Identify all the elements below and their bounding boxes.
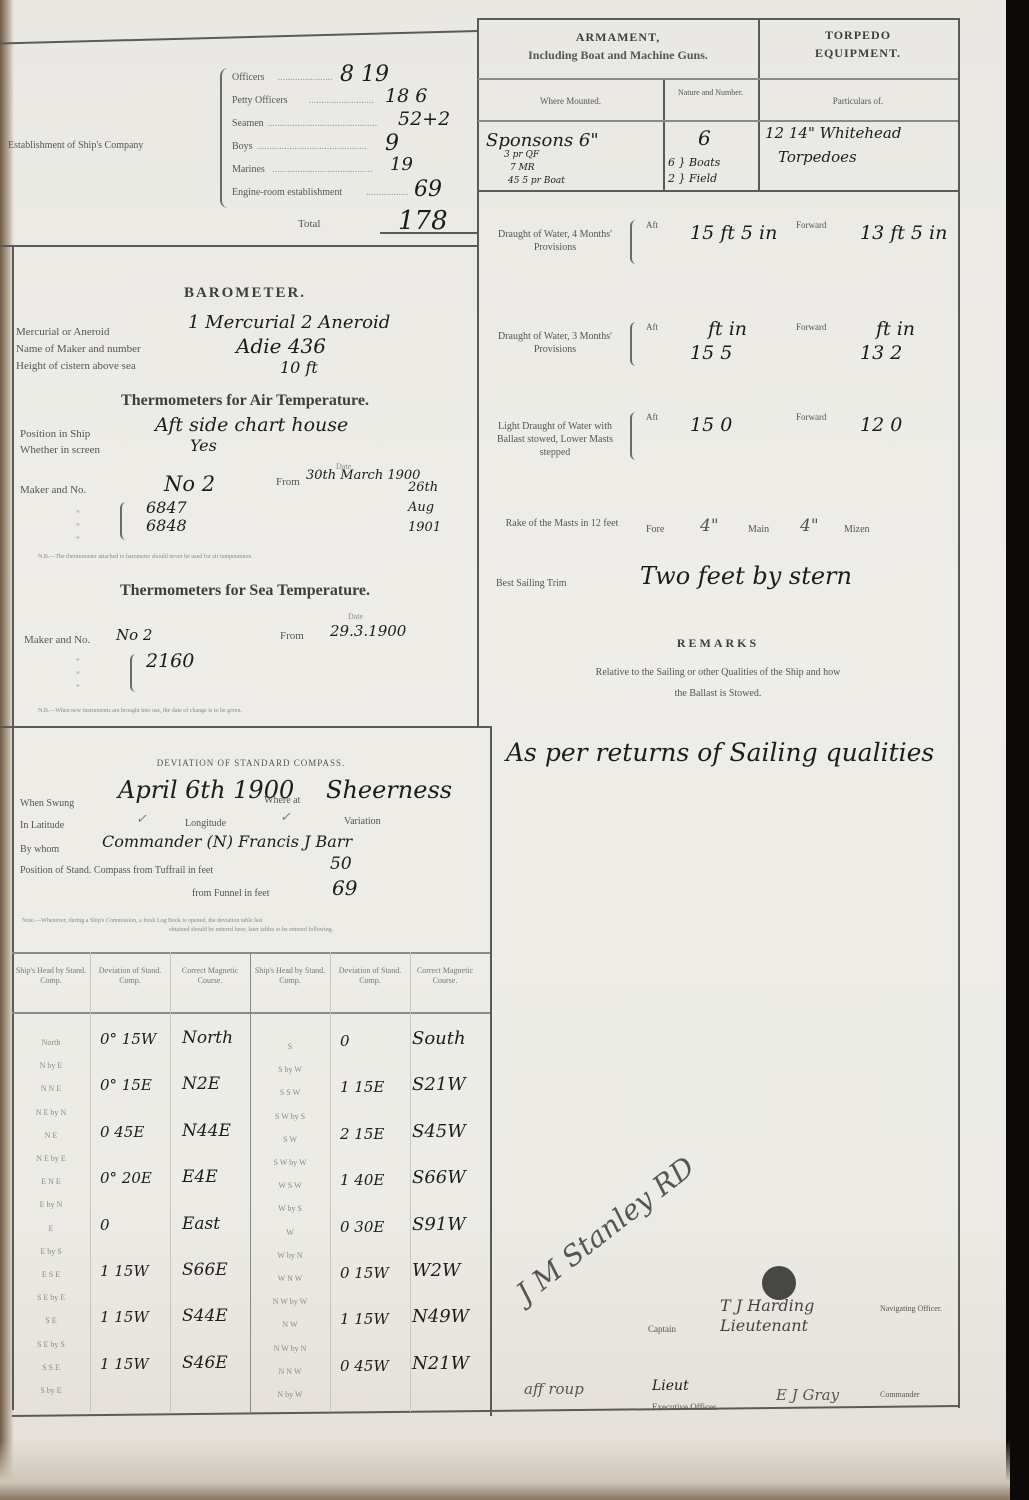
where-line-1: Sponsons 6" bbox=[486, 130, 599, 151]
aft-label: Aft bbox=[646, 412, 658, 422]
aft-value: 15 5 bbox=[690, 342, 732, 364]
leader-dots: ........................................… bbox=[257, 141, 367, 152]
leader-dots: ........................................ bbox=[272, 164, 372, 175]
right-ships-head: N by W bbox=[250, 1390, 330, 1399]
company-row-value: 9 bbox=[385, 131, 399, 156]
aft-value: 15 0 bbox=[690, 414, 732, 436]
top-border-right bbox=[478, 18, 960, 20]
draught-label: Draught of Water, 4 Months' Provisions bbox=[484, 228, 626, 254]
right-deviation: 2 15E bbox=[340, 1125, 384, 1143]
exec-signature-2: E J Gray bbox=[776, 1386, 839, 1404]
sea-number-1: 2160 bbox=[146, 650, 194, 672]
deviation-col-divider bbox=[330, 952, 331, 1412]
draught-brace bbox=[630, 322, 636, 366]
left-deviation: 0 45E bbox=[100, 1123, 144, 1141]
left-correct-course: N2E bbox=[182, 1074, 220, 1094]
right-deviation: 0 bbox=[340, 1032, 350, 1050]
compass-note-1: Note.—Whenever, during a Ship's Commissi… bbox=[22, 918, 262, 924]
deviation-col-header: Deviation of Stand. Comp. bbox=[90, 966, 170, 986]
sea-from-label: From bbox=[280, 630, 304, 642]
right-ships-head: S S W bbox=[250, 1088, 330, 1097]
longitude-check: ✓ bbox=[280, 810, 291, 825]
forward-label: Forward bbox=[796, 412, 827, 422]
navigating-signature: T J Harding Lieutenant bbox=[720, 1296, 870, 1336]
baro-value-2: Adie 436 bbox=[236, 334, 326, 358]
deviation-col-divider bbox=[90, 952, 91, 1412]
leader-dots: .......................... bbox=[309, 95, 374, 106]
leader-dots: ................. bbox=[366, 187, 409, 198]
dev-header-line bbox=[12, 1012, 490, 1014]
air-number-1: 6847 bbox=[146, 498, 187, 517]
company-row-value: 19 bbox=[390, 154, 413, 175]
aft-units: ft in bbox=[708, 318, 747, 340]
tuffrail-label: Position of Stand. Compass from Tuffrail… bbox=[20, 865, 213, 876]
deviation-col-header: Ship's Head by Stand. Comp. bbox=[250, 966, 330, 986]
left-ships-head: N E by E bbox=[12, 1154, 90, 1163]
captain-label: Captain bbox=[648, 1324, 676, 1334]
air-from-label: From bbox=[276, 476, 300, 488]
position-label: Position in Ship bbox=[20, 428, 90, 440]
remarks-subtitle-1: Relative to the Sailing or other Qualiti… bbox=[478, 667, 958, 678]
ships-company-label: Establishment of Ship's Company bbox=[8, 140, 143, 151]
left-ships-head: N E by N bbox=[12, 1108, 90, 1117]
deviation-col-header: Correct Magnetic Course. bbox=[170, 966, 250, 986]
where-line-2: 3 pr QF bbox=[504, 150, 539, 160]
trim-value: Two feet by stern bbox=[640, 562, 852, 590]
company-row-value: 8 19 bbox=[340, 62, 389, 87]
exec-signature: Lieut bbox=[652, 1378, 689, 1394]
right-ships-head: W by S bbox=[250, 1204, 330, 1213]
exec-label: Executive Officer. bbox=[652, 1402, 718, 1412]
arm-subheader-line bbox=[478, 120, 958, 122]
baro-value-1: 1 Mercurial 2 Aneroid bbox=[188, 312, 390, 333]
main-label: Main bbox=[748, 524, 769, 535]
company-row-label: Seamen bbox=[232, 118, 264, 129]
variation-label: Variation bbox=[344, 816, 381, 827]
torpedo-title: TORPEDO bbox=[758, 28, 958, 43]
armament-title: ARMAMENT, bbox=[478, 30, 758, 45]
left-correct-course: N44E bbox=[182, 1121, 231, 1141]
left-deviation: 1 15W bbox=[100, 1262, 149, 1280]
right-deviation: 1 15E bbox=[340, 1078, 384, 1096]
position-value: Aft side chart house bbox=[155, 414, 348, 436]
left-border bbox=[12, 245, 14, 1410]
right-correct-course: S45W bbox=[412, 1121, 466, 1142]
forward-value: 13 2 bbox=[860, 342, 902, 364]
left-ships-head: S by E bbox=[12, 1386, 90, 1395]
company-row-value: 18 6 bbox=[385, 85, 427, 107]
page-bottom-shadow bbox=[0, 1440, 1010, 1500]
right-ships-head: N W by N bbox=[250, 1344, 330, 1353]
where-line-3: 7 MR bbox=[510, 163, 535, 173]
arm-header-line bbox=[478, 78, 958, 80]
forward-label: Forward bbox=[796, 220, 827, 230]
right-correct-course: N49W bbox=[412, 1306, 469, 1327]
aft-value: 15 ft 5 in bbox=[690, 222, 777, 244]
company-brace bbox=[220, 68, 228, 208]
remarks-value: As per returns of Sailing qualities bbox=[506, 738, 934, 767]
forward-value: 13 ft 5 in bbox=[860, 222, 947, 244]
sea-maker-label: Maker and No. bbox=[24, 634, 90, 646]
barometer-title: BAROMETER. bbox=[12, 285, 478, 302]
company-row-value: 52+2 bbox=[398, 108, 450, 130]
compass-note-2: obtained should be entered here; later t… bbox=[12, 927, 490, 933]
left-correct-course: S66E bbox=[182, 1260, 228, 1280]
right-ships-head: S by W bbox=[250, 1065, 330, 1074]
left-ships-head: N by E bbox=[12, 1061, 90, 1070]
tuffrail-value: 50 bbox=[330, 854, 352, 874]
company-row-value: 69 bbox=[414, 177, 442, 202]
right-ships-head: N W by W bbox=[250, 1297, 330, 1306]
book-edge bbox=[1006, 0, 1029, 1500]
funnel-value: 69 bbox=[332, 876, 357, 900]
air-maker-label: Maker and No. bbox=[20, 484, 86, 496]
right-deviation: 1 15W bbox=[340, 1310, 389, 1328]
torpedo-title-2: EQUIPMENT. bbox=[758, 46, 958, 61]
divider-center-lower bbox=[490, 726, 492, 1416]
aft-label: Aft bbox=[646, 220, 658, 230]
company-row-label: Officers bbox=[232, 72, 265, 83]
right-ships-head: W N W bbox=[250, 1274, 330, 1283]
left-deviation: 0° 20E bbox=[100, 1169, 152, 1187]
company-bottom-line bbox=[0, 245, 478, 247]
leader-dots: ........................................… bbox=[267, 118, 377, 129]
right-deviation: 1 40E bbox=[340, 1171, 384, 1189]
left-ships-head: E S E bbox=[12, 1270, 90, 1279]
company-row-label: Petty Officers bbox=[232, 95, 288, 106]
sea-from-value: 29.3.1900 bbox=[330, 622, 406, 640]
arm-bottom-line bbox=[478, 190, 958, 192]
torpedo-line-1: 12 14" Whitehead bbox=[765, 124, 901, 142]
where-line-4: 45 5 pr Boat bbox=[508, 176, 565, 186]
company-row-label: Marines bbox=[232, 164, 265, 175]
total-value: 178 bbox=[398, 206, 448, 236]
trim-label: Best Sailing Trim bbox=[496, 578, 567, 589]
rake-label: Rake of the Masts in 12 feet bbox=[494, 517, 630, 530]
right-ships-head: S W by S bbox=[250, 1112, 330, 1121]
col-particulars: Particulars of. bbox=[758, 96, 958, 106]
nature-line-3: 2 } Field bbox=[668, 172, 717, 185]
divider-center-upper bbox=[477, 18, 479, 728]
right-correct-course: S21W bbox=[412, 1074, 466, 1095]
deviation-col-divider bbox=[410, 952, 411, 1412]
right-ships-head: S W by W bbox=[250, 1158, 330, 1167]
armament-subtitle: Including Boat and Machine Guns. bbox=[478, 48, 758, 63]
leader-dots: ...................... bbox=[278, 72, 333, 83]
longitude-label: Longitude bbox=[185, 818, 226, 829]
ink-blot bbox=[762, 1266, 796, 1300]
by-whom-value: Commander (N) Francis J Barr bbox=[102, 832, 352, 851]
draught-brace bbox=[630, 412, 636, 460]
sea-ditto-marks: """ bbox=[76, 656, 80, 695]
left-ships-head: S S E bbox=[12, 1363, 90, 1372]
by-whom-label: By whom bbox=[20, 844, 59, 855]
right-ships-head: W by N bbox=[250, 1251, 330, 1260]
left-deviation: 0 bbox=[100, 1216, 110, 1234]
latitude-label: In Latitude bbox=[20, 820, 64, 831]
left-ships-head: S E bbox=[12, 1316, 90, 1325]
aft-label: Aft bbox=[646, 322, 658, 332]
air-num-brace bbox=[120, 502, 126, 540]
when-label: When Swung bbox=[20, 798, 74, 809]
right-deviation: 0 45W bbox=[340, 1357, 389, 1375]
left-ships-head: E N E bbox=[12, 1177, 90, 1186]
left-correct-course: S46E bbox=[182, 1353, 228, 1373]
air-from-value: 30th March 1900 bbox=[306, 468, 420, 483]
right-correct-course: South bbox=[412, 1028, 466, 1049]
left-deviation: 0° 15W bbox=[100, 1030, 156, 1048]
left-ships-head: E by N bbox=[12, 1200, 90, 1209]
sea-date-label: Date bbox=[348, 612, 363, 621]
right-ships-head: W S W bbox=[250, 1181, 330, 1190]
remarks-subtitle-2: the Ballast is Stowed. bbox=[478, 688, 958, 699]
total-label: Total bbox=[298, 218, 320, 230]
baro-label-1: Mercurial or Aneroid bbox=[16, 326, 109, 338]
right-ships-head: N W bbox=[250, 1320, 330, 1329]
screen-value: Yes bbox=[190, 436, 217, 455]
right-border bbox=[958, 18, 960, 1408]
torpedo-line-2: Torpedoes bbox=[778, 148, 857, 166]
right-correct-course: W2W bbox=[412, 1260, 460, 1281]
thermo-bottom-line bbox=[0, 726, 490, 728]
right-ships-head: S bbox=[250, 1042, 330, 1051]
left-ships-head: S E by E bbox=[12, 1293, 90, 1302]
col-where-mounted: Where Mounted. bbox=[478, 96, 663, 106]
right-correct-course: S66W bbox=[412, 1167, 466, 1188]
exec-signature-scrawl: aff roup bbox=[524, 1380, 584, 1398]
company-row-label: Engine-room establishment bbox=[232, 187, 342, 198]
baro-label-3: Height of cistern above sea bbox=[16, 360, 136, 372]
commander-label: Commander bbox=[880, 1390, 920, 1399]
forward-label: Forward bbox=[796, 322, 827, 332]
where-value: Sheerness bbox=[326, 776, 452, 804]
draught-label: Draught of Water, 3 Months' Provisions bbox=[484, 330, 626, 356]
latitude-check: ✓ bbox=[136, 812, 147, 827]
left-ships-head: E bbox=[12, 1224, 90, 1233]
right-correct-course: N21W bbox=[412, 1353, 469, 1374]
remarks-title: REMARKS bbox=[478, 636, 958, 651]
navigating-label: Navigating Officer. bbox=[880, 1304, 950, 1313]
draught-brace bbox=[630, 220, 636, 264]
compass-title: DEVIATION OF STANDARD COMPASS. bbox=[12, 758, 490, 768]
col-nature-number: Nature and Number. bbox=[663, 88, 758, 98]
nature-line-1: 6 bbox=[698, 126, 711, 150]
left-ships-head: N N E bbox=[12, 1084, 90, 1093]
company-row-label: Boys bbox=[232, 141, 253, 152]
deviation-col-header: Ship's Head by Stand. Comp. bbox=[12, 966, 90, 986]
air-thermo-title: Thermometers for Air Temperature. bbox=[12, 392, 478, 410]
where-label: Where at bbox=[264, 795, 300, 806]
left-correct-course: East bbox=[182, 1214, 220, 1234]
air-thermo-note: N.B.—The thermometer attached to baromet… bbox=[38, 554, 253, 560]
right-deviation: 0 30E bbox=[340, 1218, 384, 1236]
left-deviation: 1 15W bbox=[100, 1355, 149, 1373]
right-ships-head: N N W bbox=[250, 1367, 330, 1376]
fore-value: 4" bbox=[700, 516, 719, 536]
right-deviation: 0 15W bbox=[340, 1264, 389, 1282]
right-ships-head: W bbox=[250, 1228, 330, 1237]
left-deviation: 0° 15E bbox=[100, 1076, 152, 1094]
right-correct-course: S91W bbox=[412, 1214, 466, 1235]
left-ships-head: North bbox=[12, 1038, 90, 1047]
sea-thermo-title: Thermometers for Sea Temperature. bbox=[12, 582, 478, 600]
fore-label: Fore bbox=[646, 524, 664, 535]
dev-table-top bbox=[12, 952, 490, 954]
left-deviation: 1 15W bbox=[100, 1308, 149, 1326]
nature-line-2: 6 } Boats bbox=[668, 156, 720, 169]
left-ships-head: E by S bbox=[12, 1247, 90, 1256]
funnel-label: from Funnel in feet bbox=[192, 888, 269, 899]
sea-maker-value: No 2 bbox=[116, 626, 152, 644]
ditto-marks: """ bbox=[76, 508, 80, 547]
deviation-col-header: Deviation of Stand. Comp. bbox=[330, 966, 410, 986]
left-correct-course: S44E bbox=[182, 1306, 228, 1326]
screen-label: Whether in screen bbox=[20, 444, 100, 456]
mizen-label: Mizen bbox=[844, 524, 870, 535]
left-ships-head: N E bbox=[12, 1131, 90, 1140]
air-number-2: 6848 bbox=[146, 516, 187, 535]
left-correct-course: North bbox=[182, 1028, 233, 1048]
sea-num-brace bbox=[130, 654, 136, 692]
air-to-value: 26th Aug 1901 bbox=[408, 478, 468, 538]
forward-units: ft in bbox=[876, 318, 915, 340]
right-ships-head: S W bbox=[250, 1135, 330, 1144]
sea-thermo-note: N.B.—When new instruments are brought in… bbox=[38, 708, 242, 714]
draught-label: Light Draught of Water with Ballast stow… bbox=[484, 420, 626, 459]
main-value: 4" bbox=[800, 516, 819, 536]
left-correct-course: E4E bbox=[182, 1167, 218, 1187]
baro-value-3: 10 ft bbox=[280, 358, 318, 377]
baro-label-2: Name of Maker and number bbox=[16, 343, 141, 355]
air-maker-value: No 2 bbox=[164, 472, 215, 496]
deviation-col-header: Correct Magnetic Course. bbox=[410, 966, 480, 986]
deviation-col-divider bbox=[170, 952, 171, 1412]
left-ships-head: S E by S bbox=[12, 1340, 90, 1349]
forward-value: 12 0 bbox=[860, 414, 902, 436]
